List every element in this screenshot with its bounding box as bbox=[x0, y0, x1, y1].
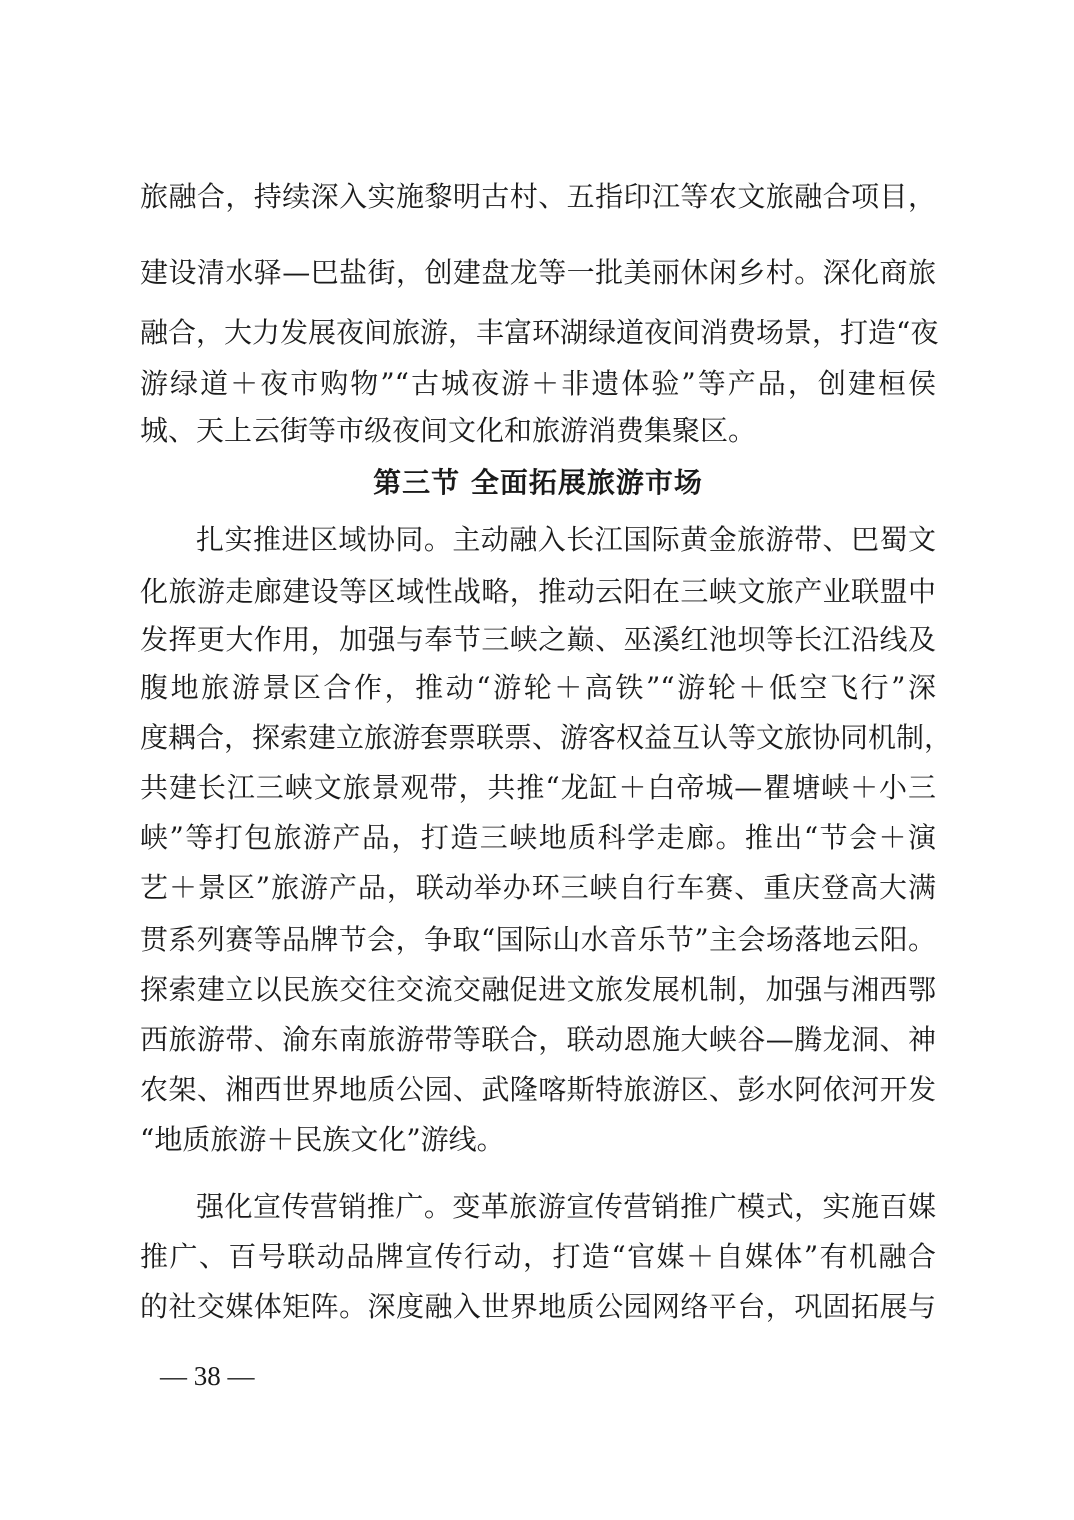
text-line: 的社交媒体矩阵。深度融入世界地质公园网络平台，巩固拓展与 bbox=[140, 1289, 936, 1325]
text-line: 融合，大力发展夜间旅游，丰富环湖绿道夜间消费场景，打造“夜 bbox=[140, 315, 936, 351]
text-line: 贯系列赛等品牌节会，争取“国际山水音乐节”主会场落地云阳。 bbox=[140, 922, 936, 958]
text-line: 度耦合，探索建立旅游套票联票、游客权益互认等文旅协同机制， bbox=[140, 720, 936, 756]
page-number: — 38 — bbox=[160, 1359, 255, 1393]
text-line: 游绿道＋夜市购物”“古城夜游＋非遗体验”等产品，创建桓侯 bbox=[140, 366, 936, 402]
text-line: 发挥更大作用，加强与奉节三峡之巅、巫溪红池坝等长江沿线及 bbox=[140, 622, 936, 658]
text-line: 峡”等打包旅游产品，打造三峡地质科学走廊。推出“节会＋演 bbox=[140, 820, 936, 856]
text-line: 推广、百号联动品牌宣传行动，打造“官媒＋自媒体”有机融合 bbox=[140, 1239, 936, 1275]
text-line: 腹地旅游景区合作，推动“游轮＋高铁”“游轮＋低空飞行”深 bbox=[140, 670, 936, 706]
text-line: 共建长江三峡文旅景观带，共推“龙缸＋白帝城—瞿塘峡＋小三 bbox=[140, 770, 936, 806]
text-line: 农架、湘西世界地质公园、武隆喀斯特旅游区、彭水阿依河开发 bbox=[140, 1072, 936, 1108]
text-line: 西旅游带、渝东南旅游带等联合，联动恩施大峡谷—腾龙洞、神 bbox=[140, 1022, 936, 1058]
text-line: 旅融合，持续深入实施黎明古村、五指印江等农文旅融合项目， bbox=[140, 179, 936, 215]
section-heading: 第三节 全面拓展旅游市场 bbox=[140, 465, 936, 501]
text-line: 化旅游走廊建设等区域性战略，推动云阳在三峡文旅产业联盟中 bbox=[140, 574, 936, 610]
document-page: 旅融合，持续深入实施黎明古村、五指印江等农文旅融合项目， 建设清水驿—巴盐街，创… bbox=[0, 0, 1074, 1520]
text-line: 艺＋景区”旅游产品，联动举办环三峡自行车赛、重庆登高大满 bbox=[140, 870, 936, 906]
text-line: 探索建立以民族交往交流交融促进文旅发展机制，加强与湘西鄂 bbox=[140, 972, 936, 1008]
text-line: 建设清水驿—巴盐街，创建盘龙等一批美丽休闲乡村。深化商旅 bbox=[140, 255, 936, 291]
text-line: “地质旅游＋民族文化”游线。 bbox=[140, 1122, 936, 1158]
text-line: 强化宣传营销推广。变革旅游宣传营销推广模式，实施百媒 bbox=[196, 1189, 936, 1225]
text-line: 城、天上云街等市级夜间文化和旅游消费集聚区。 bbox=[140, 413, 936, 449]
text-line: 扎实推进区域协同。主动融入长江国际黄金旅游带、巴蜀文 bbox=[196, 522, 936, 558]
